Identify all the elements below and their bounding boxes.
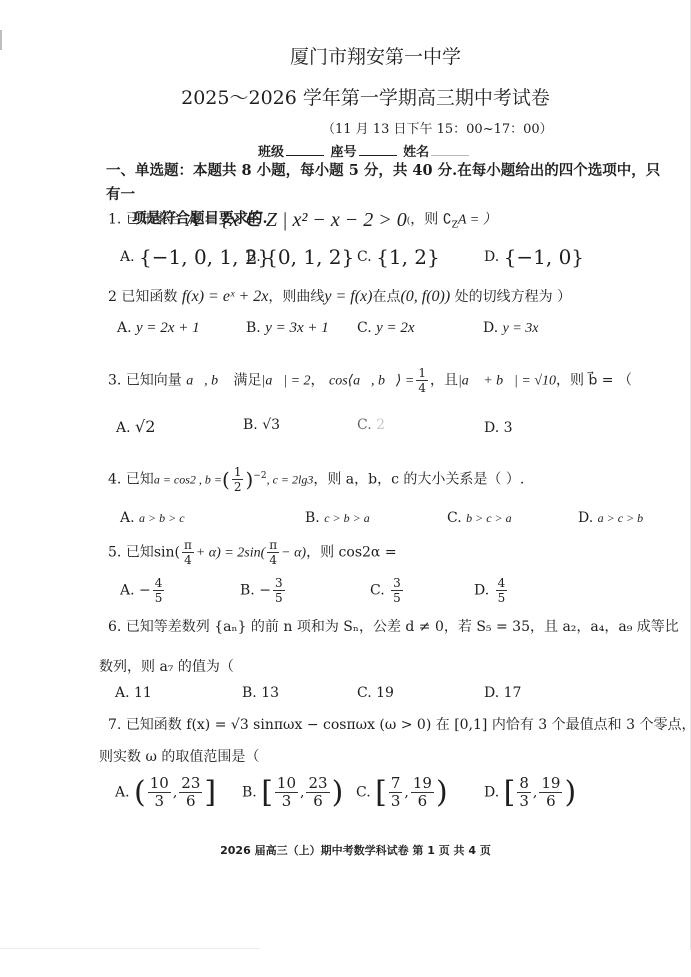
- denominator: 6: [418, 793, 428, 810]
- question-4-option-c[interactable]: C. b > c > a: [447, 510, 512, 526]
- question-5-option-a[interactable]: A. −45: [120, 576, 166, 605]
- denominator: 3: [519, 793, 529, 810]
- option-label: B.: [243, 417, 258, 433]
- question-number: 1.: [108, 212, 121, 228]
- fraction: 103: [275, 775, 298, 810]
- fraction: 45: [496, 576, 508, 605]
- stem-text: 已知函数 f(x) = √3 sinπωx − cosπωx (ω > 0) 在…: [126, 717, 691, 733]
- denominator: 3: [391, 793, 401, 810]
- option-label: D.: [578, 510, 593, 526]
- option-label: D.: [474, 583, 489, 599]
- option-label: D.: [484, 420, 499, 436]
- option-label: B.: [246, 249, 261, 265]
- interval-open: [: [504, 775, 516, 810]
- stem-math: f(x) = eˣ + 2x: [182, 288, 269, 305]
- page-footer: 2026 届高三（上）期中考数学科试卷 第 1 页 共 4 页: [0, 842, 691, 858]
- option-label: D.: [483, 320, 498, 336]
- denominator: 5: [275, 591, 283, 605]
- numerator: 1: [416, 366, 428, 381]
- option-label: A.: [117, 320, 132, 336]
- stem-text: 满足: [234, 373, 262, 389]
- question-number: 5.: [108, 545, 121, 561]
- option-label: A.: [120, 510, 135, 526]
- numerator: 4: [496, 576, 508, 591]
- option-label: D.: [484, 785, 499, 801]
- stem-math: (0, f(0)): [400, 288, 450, 305]
- question-number: 4.: [108, 472, 121, 488]
- numerator: 1: [232, 465, 244, 480]
- option-sign: −: [139, 583, 151, 599]
- question-1-option-b[interactable]: B. {0, 1, 2}: [246, 245, 354, 269]
- option-value: {1, 2}: [376, 245, 440, 269]
- question-1-option-d[interactable]: D. {−1, 0}: [484, 245, 584, 269]
- question-4-stem: 4. 已知a = cos2 , b =(12)−2, c = 2lg3，则 a，…: [108, 465, 524, 494]
- name-blank[interactable]: [431, 143, 469, 156]
- option-value: 19: [376, 685, 394, 701]
- numerator: 8: [517, 775, 531, 793]
- question-1-stem: 1. 已知集合 A = {x ∈ Z | x² − x − 2 > 0(，则 ∁…: [108, 207, 497, 232]
- numerator: 10: [275, 775, 298, 793]
- fraction: 83: [517, 775, 531, 810]
- numerator: 23: [179, 775, 202, 793]
- option-label: C.: [357, 417, 372, 433]
- option-value: y = 2x: [376, 320, 414, 336]
- numerator: 7: [389, 775, 403, 793]
- option-value: 11: [134, 685, 152, 701]
- denominator: 5: [498, 591, 506, 605]
- option-label: B.: [305, 510, 320, 526]
- option-label: D.: [484, 249, 499, 265]
- interval-close: ]: [204, 775, 216, 810]
- option-label: B.: [242, 785, 257, 801]
- option-label: A.: [115, 785, 130, 801]
- question-4-option-a[interactable]: A. a > b > c: [120, 510, 185, 526]
- fraction: 236: [306, 775, 329, 810]
- question-2-option-d[interactable]: D. y = 3x: [483, 320, 539, 337]
- student-info-fields: 班级 座号 姓名: [258, 141, 471, 160]
- stem-text: ，则 ∁: [410, 212, 451, 228]
- numerator: 23: [306, 775, 329, 793]
- option-value: √2: [135, 417, 155, 436]
- numerator: 4: [153, 576, 165, 591]
- question-2-option-b[interactable]: B. y = 3x + 1: [246, 320, 329, 337]
- denominator: 6: [186, 793, 196, 810]
- exam-time: （11 月 13 日下午 15：00~17：00）: [322, 118, 553, 137]
- fraction: 35: [391, 576, 403, 605]
- option-value: a > c > b: [598, 511, 644, 525]
- stem-text: ，则 b⃗ = （: [556, 373, 632, 389]
- question-7-option-c[interactable]: C. [73,196): [356, 775, 448, 810]
- denominator: 6: [546, 793, 556, 810]
- stem-math: y = f(x): [324, 288, 372, 305]
- denominator: 3: [282, 793, 292, 810]
- question-1-option-c[interactable]: C. {1, 2}: [357, 245, 440, 269]
- name-label: 姓名: [403, 145, 429, 160]
- question-6-stem-cont: 数列，则 a₇ 的值为（: [99, 656, 234, 676]
- stem-text: ，: [311, 373, 325, 389]
- option-label: A.: [116, 420, 131, 436]
- fraction: 35: [273, 576, 285, 605]
- option-label: C.: [356, 785, 371, 801]
- numerator: 3: [273, 576, 285, 591]
- question-6-option-c[interactable]: C. 19: [357, 685, 394, 701]
- fraction: 14: [416, 366, 428, 395]
- question-number: 2: [108, 289, 117, 305]
- exam-page: 厦门市翔安第一中学 2025～2026 学年第一学期高三期中考试卷 （11 月 …: [0, 0, 691, 977]
- question-6-option-b[interactable]: B. 13: [242, 685, 279, 701]
- interval-close: ): [332, 775, 344, 810]
- question-3-stem: 3. 已知向量 a⃗, b⃗ 满足|a⃗| = 2， cos⟨a⃗, b⃗⟩ =…: [108, 366, 632, 395]
- stem-math: cos⟨a⃗, b⃗⟩ =: [329, 374, 414, 389]
- fraction: 236: [179, 775, 202, 810]
- option-value: c > b > a: [324, 511, 370, 525]
- interval-close: ): [436, 775, 448, 810]
- question-5-option-b[interactable]: B. −35: [240, 576, 287, 605]
- question-3-option-d[interactable]: D. 3: [484, 420, 513, 436]
- question-7-option-d[interactable]: D. [83,196): [484, 775, 576, 810]
- denominator: 2: [234, 480, 242, 494]
- stem-text: ，则 a，b，c 的大小关系是（ ）.: [313, 472, 524, 488]
- option-value: 13: [261, 685, 279, 701]
- question-7-option-b[interactable]: B. [103,236): [242, 775, 343, 810]
- stem-text: ，且: [430, 373, 458, 389]
- denominator: 5: [155, 591, 163, 605]
- option-label: B.: [240, 583, 255, 599]
- school-name: 厦门市翔安第一中学: [0, 42, 691, 69]
- numerator: 19: [411, 775, 434, 793]
- option-label: D.: [484, 685, 499, 701]
- question-3-option-a[interactable]: A. √2: [116, 417, 155, 436]
- option-label: B.: [242, 685, 257, 701]
- stem-math: A = {x ∈ Z | x² − x − 2 > 0: [186, 209, 407, 231]
- question-7-stem: 7. 已知函数 f(x) = √3 sinπωx − cosπωx (ω > 0…: [108, 714, 691, 734]
- class-label: 班级: [258, 145, 284, 160]
- exam-title: 2025～2026 学年第一学期高三期中考试卷: [0, 83, 691, 110]
- option-value: {0, 1, 2}: [265, 245, 354, 269]
- stem-text: 已知集合: [126, 212, 182, 228]
- fraction: 196: [539, 775, 562, 810]
- numerator: 10: [148, 775, 171, 793]
- option-label: C.: [357, 685, 372, 701]
- stem-text: 已知向量: [126, 373, 182, 389]
- question-5-option-c[interactable]: C. 35: [370, 576, 405, 605]
- option-label: A.: [115, 685, 130, 701]
- fraction: 12: [232, 465, 244, 494]
- option-value: {−1, 0}: [504, 245, 584, 269]
- question-7-stem-cont: 则实数 ω 的取值范围是（: [99, 746, 259, 766]
- stem-text: 已知函数: [121, 289, 177, 305]
- option-value: b > c > a: [466, 511, 512, 525]
- option-label: C.: [357, 320, 372, 336]
- option-value: 3: [504, 420, 513, 436]
- option-value: y = 3x: [503, 321, 539, 336]
- stem-text: 已知: [126, 545, 154, 561]
- question-3-option-b[interactable]: B. √3: [243, 417, 280, 433]
- question-4-option-d[interactable]: D. a > c > b: [578, 510, 643, 526]
- stem-math: |a⃗| = 2: [262, 374, 311, 389]
- question-6-option-d[interactable]: D. 17: [484, 685, 521, 701]
- question-6-option-a[interactable]: A. 11: [115, 685, 152, 701]
- question-number: 6.: [108, 619, 121, 635]
- stem-text: ，则曲线: [268, 289, 324, 305]
- class-blank[interactable]: [286, 143, 324, 156]
- question-2-option-c[interactable]: C. y = 2x: [357, 320, 415, 337]
- interval-open: (: [134, 775, 146, 810]
- stem-text: 处的切线方程为 ）: [455, 289, 571, 305]
- option-label: B.: [246, 320, 261, 336]
- option-value: y = 2x + 1: [136, 320, 200, 336]
- denominator: 6: [313, 793, 323, 810]
- stem-math: |a⃗ + b⃗| = √10: [458, 374, 556, 389]
- question-5-option-d[interactable]: D. 45: [474, 576, 509, 605]
- option-value: 2: [376, 417, 385, 433]
- fraction: 196: [411, 775, 434, 810]
- question-number: 3.: [108, 373, 121, 389]
- fraction: 73: [389, 775, 403, 810]
- option-label: C.: [447, 510, 462, 526]
- question-6-stem: 6. 已知等差数列 {aₙ} 的前 n 项和为 Sₙ，公差 d ≠ 0，若 S₅…: [108, 616, 679, 636]
- stem-text: 已知等差数列 {aₙ} 的前 n 项和为 Sₙ，公差 d ≠ 0，若 S₅ = …: [126, 619, 679, 635]
- question-2-stem: 2 已知函数 f(x) = eˣ + 2x，则曲线y = f(x)在点(0, f…: [108, 286, 571, 306]
- stem-math: a⃗, b⃗: [186, 374, 229, 389]
- option-label: A.: [120, 249, 135, 265]
- exponent: −2: [253, 471, 266, 481]
- seat-label: 座号: [331, 145, 357, 160]
- question-number: 7.: [108, 717, 121, 733]
- option-value: a > b > c: [139, 511, 185, 525]
- option-label: C.: [357, 249, 372, 265]
- numerator: 3: [391, 576, 403, 591]
- interval-open: [: [261, 775, 273, 810]
- option-label: C.: [370, 583, 385, 599]
- denominator: 5: [393, 591, 401, 605]
- question-5-stem: 5. 已知sin(π4+ α) = 2sin(π4− α)，则 cos2α =: [108, 538, 397, 567]
- numerator: 19: [539, 775, 562, 793]
- fraction: 45: [153, 576, 165, 605]
- denominator: 3: [155, 793, 165, 810]
- denominator: 4: [418, 381, 426, 395]
- question-2-option-a[interactable]: A. y = 2x + 1: [117, 320, 200, 337]
- interval-close: ): [564, 775, 576, 810]
- scan-edge-bottom: [0, 948, 260, 949]
- question-3-option-c[interactable]: C. 2: [357, 417, 385, 433]
- interval-open: [: [375, 775, 387, 810]
- stem-text: 在点: [372, 289, 400, 305]
- option-value: √3: [262, 417, 280, 433]
- stem-text: 已知: [126, 472, 154, 488]
- question-4-option-b[interactable]: B. c > b > a: [305, 510, 370, 526]
- question-7-option-a[interactable]: A. (103,236]: [115, 775, 216, 810]
- option-value: 17: [504, 685, 522, 701]
- option-label: A.: [120, 583, 135, 599]
- fraction: 103: [148, 775, 171, 810]
- stem-text: ，则 cos2α =: [306, 545, 396, 561]
- fraction: π4: [267, 538, 279, 567]
- section-instructions: 一、单选题：本题共 8 小题，每小题 5 分，共 40 分.在每小题给出的四个选…: [106, 162, 660, 203]
- fraction: π4: [182, 538, 194, 567]
- stem-text: A = ）: [458, 213, 497, 228]
- seat-blank[interactable]: [359, 143, 397, 156]
- option-sign: −: [259, 583, 271, 599]
- option-value: y = 3x + 1: [265, 320, 329, 336]
